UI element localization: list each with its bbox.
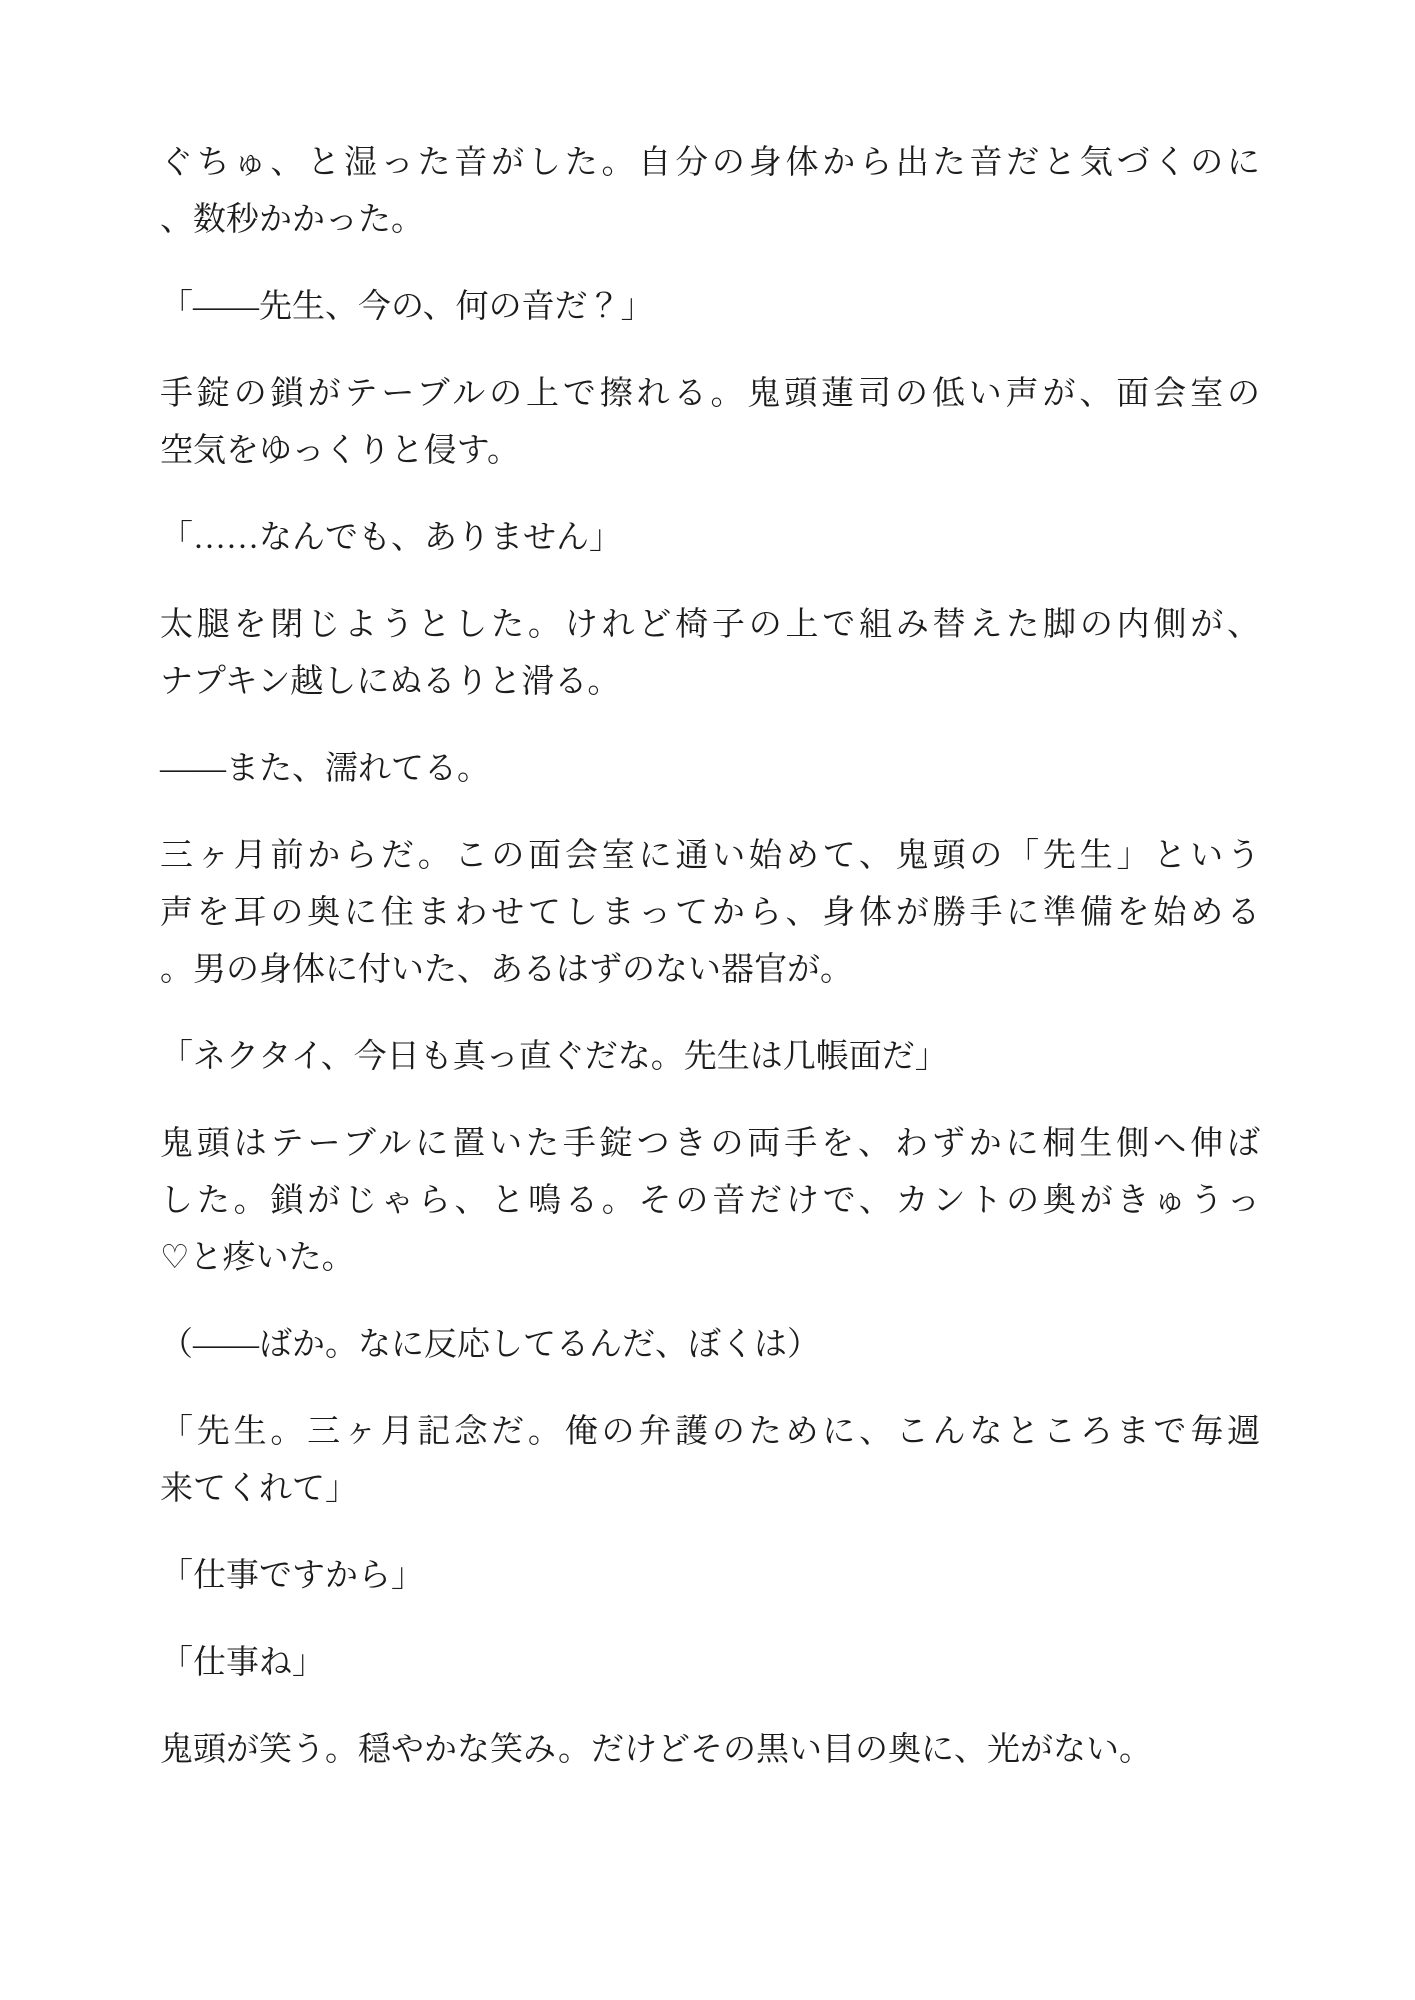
text-line: 鬼頭が笑う。穏やかな笑み。だけどその黒い目の奥に、光がない。 <box>160 1722 1260 1779</box>
paragraph: 「ネクタイ、今日も真っ直ぐだな。先生は几帳面だ」 <box>160 1029 1260 1086</box>
paragraph: ぐちゅ、と湿った音がした。自分の身体から出た音だと気づくのに、数秒かかった。 <box>160 135 1260 249</box>
paragraph: 「先生。三ヶ月記念だ。俺の弁護のために、こんなところまで毎週来てくれて」 <box>160 1404 1260 1518</box>
text-line: 「……なんでも、ありません」 <box>160 510 1260 567</box>
text-line: 空気をゆっくりと侵す。 <box>160 423 1260 480</box>
text-line: 「仕事ですから」 <box>160 1548 1260 1605</box>
text-line: 「仕事ね」 <box>160 1635 1260 1692</box>
paragraph: 「……なんでも、ありません」 <box>160 510 1260 567</box>
text-body: ぐちゅ、と湿った音がした。自分の身体から出た音だと気づくのに、数秒かかった。「―… <box>160 135 1260 1779</box>
paragraph: 「仕事ですから」 <box>160 1548 1260 1605</box>
paragraph: 三ヶ月前からだ。この面会室に通い始めて、鬼頭の「先生」という声を耳の奥に住まわせ… <box>160 828 1260 999</box>
text-line: 鬼頭はテーブルに置いた手錠つきの両手を、わずかに桐生側へ伸ば <box>160 1116 1260 1173</box>
text-line: ナプキン越しにぬるりと滑る。 <box>160 654 1260 711</box>
text-line: 手錠の鎖がテーブルの上で擦れる。鬼頭蓮司の低い声が、面会室の <box>160 366 1260 423</box>
paragraph: 手錠の鎖がテーブルの上で擦れる。鬼頭蓮司の低い声が、面会室の空気をゆっくりと侵す… <box>160 366 1260 480</box>
text-line: 三ヶ月前からだ。この面会室に通い始めて、鬼頭の「先生」という <box>160 828 1260 885</box>
text-line: ぐちゅ、と湿った音がした。自分の身体から出た音だと気づくのに <box>160 135 1260 192</box>
text-line: ♡と疼いた。 <box>160 1230 1260 1287</box>
novel-page: ぐちゅ、と湿った音がした。自分の身体から出た音だと気づくのに、数秒かかった。「―… <box>0 0 1415 2000</box>
paragraph: 「――先生、今の、何の音だ？」 <box>160 279 1260 336</box>
text-line: 「先生。三ヶ月記念だ。俺の弁護のために、こんなところまで毎週 <box>160 1404 1260 1461</box>
paragraph: （――ばか。なに反応してるんだ、ぼくは） <box>160 1317 1260 1374</box>
text-line: 来てくれて」 <box>160 1461 1260 1518</box>
paragraph: 「仕事ね」 <box>160 1635 1260 1692</box>
text-line: 太腿を閉じようとした。けれど椅子の上で組み替えた脚の内側が、 <box>160 597 1260 654</box>
paragraph: ――また、濡れてる。 <box>160 741 1260 798</box>
paragraph: 鬼頭はテーブルに置いた手錠つきの両手を、わずかに桐生側へ伸ばした。鎖がじゃら、と… <box>160 1116 1260 1287</box>
text-line: （――ばか。なに反応してるんだ、ぼくは） <box>160 1317 1260 1374</box>
text-line: 、数秒かかった。 <box>160 192 1260 249</box>
text-line: ――また、濡れてる。 <box>160 741 1260 798</box>
paragraph: 太腿を閉じようとした。けれど椅子の上で組み替えた脚の内側が、ナプキン越しにぬるり… <box>160 597 1260 711</box>
text-line: 。男の身体に付いた、あるはずのない器官が。 <box>160 942 1260 999</box>
text-line: 「ネクタイ、今日も真っ直ぐだな。先生は几帳面だ」 <box>160 1029 1260 1086</box>
paragraph: 鬼頭が笑う。穏やかな笑み。だけどその黒い目の奥に、光がない。 <box>160 1722 1260 1779</box>
text-line: 声を耳の奥に住まわせてしまってから、身体が勝手に準備を始める <box>160 885 1260 942</box>
text-line: 「――先生、今の、何の音だ？」 <box>160 279 1260 336</box>
text-line: した。鎖がじゃら、と鳴る。その音だけで、カントの奥がきゅうっ <box>160 1173 1260 1230</box>
